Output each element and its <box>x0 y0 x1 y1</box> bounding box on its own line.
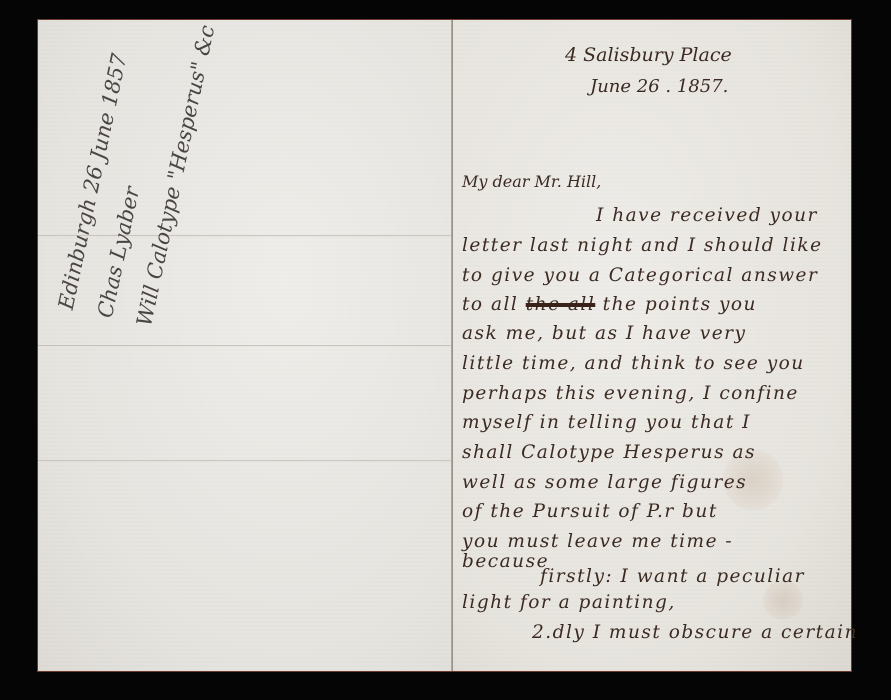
letter-date: June 26 . 1857. <box>590 76 728 97</box>
body-line: to all the all the points you <box>462 294 757 315</box>
left-leaf: Edinburgh 26 June 1857 Chas Lyaber Will … <box>38 20 452 671</box>
body-line: light for a painting, <box>462 592 676 613</box>
horizontal-fold-line <box>38 460 452 462</box>
body-line: firstly: I want a peculiar <box>540 566 805 587</box>
body-line: because <box>462 551 549 572</box>
body-line: letter last night and I should like <box>462 235 823 256</box>
body-line: to give you a Categorical answer <box>462 265 818 286</box>
watermark-show-through <box>188 280 206 326</box>
body-line: myself in telling you that I <box>462 412 751 433</box>
horizontal-fold-line <box>38 345 452 347</box>
body-line: of the Pursuit of P.r but <box>462 501 718 522</box>
body-line: well as some large figures <box>462 472 747 493</box>
body-line: shall Calotype Hesperus as <box>462 442 756 463</box>
body-line: I have received your <box>596 205 818 226</box>
body-text: to all <box>462 294 518 315</box>
body-line: perhaps this evening, I confine <box>462 383 799 404</box>
salutation: My dear Mr. Hill, <box>462 172 601 191</box>
sender-address: 4 Salisbury Place <box>565 44 732 66</box>
body-line: 2.dly I must obscure a certain <box>532 622 858 643</box>
body-line: little time, and think to see you <box>462 353 805 374</box>
body-text: the points you <box>603 294 757 315</box>
struck-through-text: the all <box>526 294 596 315</box>
body-line: you must leave me time - <box>462 531 733 552</box>
body-line: ask me, but as I have very <box>462 323 746 344</box>
